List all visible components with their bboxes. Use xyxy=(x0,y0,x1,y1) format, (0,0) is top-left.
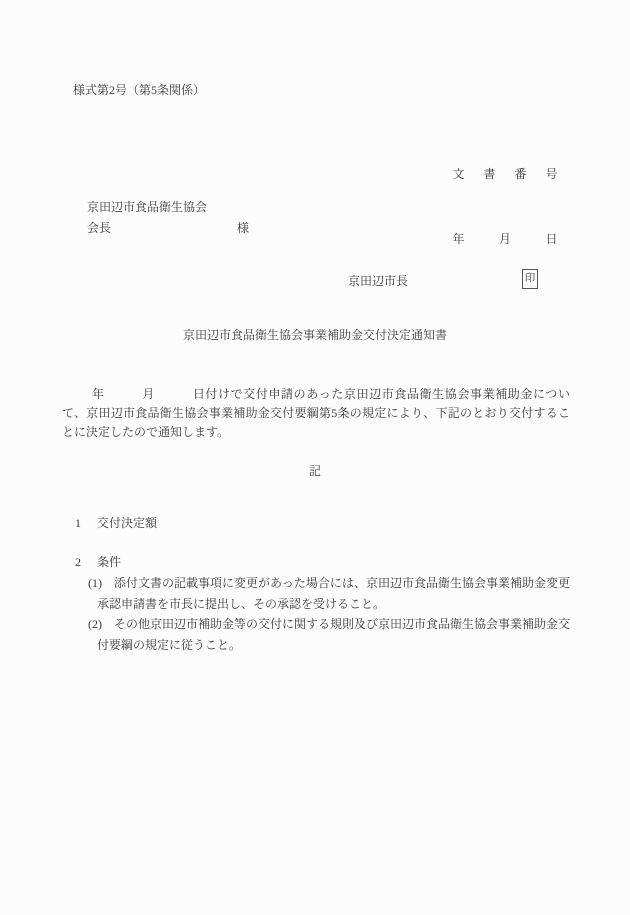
body-paragraph: 年 月 日付けで交付申請のあった京田辺市食品衛生協会事業補助金について、京田辺市… xyxy=(62,385,570,442)
condition-clauses: (1)添付文書の記載事項に変更があった場合には、京田辺市食品衛生協会事業補助金変… xyxy=(97,573,570,655)
form-number: 様式第2号（第5条関係） xyxy=(73,84,205,97)
recipient-role: 会長 xyxy=(87,221,111,235)
section-conditions: 2条件 xyxy=(75,556,121,569)
issuer-name: 京田辺市長 xyxy=(348,275,408,288)
recipient-role-line: 会長様 xyxy=(87,218,249,239)
section-number: 2 xyxy=(75,556,97,569)
clause-item: (1)添付文書の記載事項に変更があった場合には、京田辺市食品衛生協会事業補助金変… xyxy=(97,573,570,614)
date-line: 年 月 日 xyxy=(452,229,561,251)
clause-text: 添付文書の記載事項に変更があった場合には、京田辺市食品衛生協会事業補助金変更承認… xyxy=(97,576,570,611)
document-title: 京田辺市食品衛生協会事業補助金交付決定通知書 xyxy=(0,329,630,342)
document-number-label: 文 書 番 号 xyxy=(452,164,561,186)
recipient-organization: 京田辺市食品衛生協会 xyxy=(87,197,249,218)
section-grant-amount: 1交付決定額 xyxy=(75,517,157,530)
section-heading: 交付決定額 xyxy=(97,516,157,530)
seal-box: 印 xyxy=(522,269,538,289)
clause-item: (2)その他京田辺市補助金等の交付に関する規則及び京田辺市食品衛生協会事業補助金… xyxy=(97,614,570,655)
document-meta-block: 文 書 番 号 年 月 日 xyxy=(452,121,561,293)
recipient-honorific: 様 xyxy=(237,221,249,235)
clause-text: その他京田辺市補助金等の交付に関する規則及び京田辺市食品衛生協会事業補助金交付要… xyxy=(97,617,570,652)
section-number: 1 xyxy=(75,517,97,530)
clause-number: (2) xyxy=(88,617,102,631)
seal-mark: 印 xyxy=(525,274,536,285)
clause-number: (1) xyxy=(88,576,102,590)
notation-ki: 記 xyxy=(0,464,630,478)
recipient-block: 京田辺市食品衛生協会 会長様 xyxy=(87,197,249,239)
section-heading: 条件 xyxy=(97,555,121,569)
document-page: 様式第2号（第5条関係） 文 書 番 号 年 月 日 京田辺市食品衛生協会 会長… xyxy=(0,0,630,915)
